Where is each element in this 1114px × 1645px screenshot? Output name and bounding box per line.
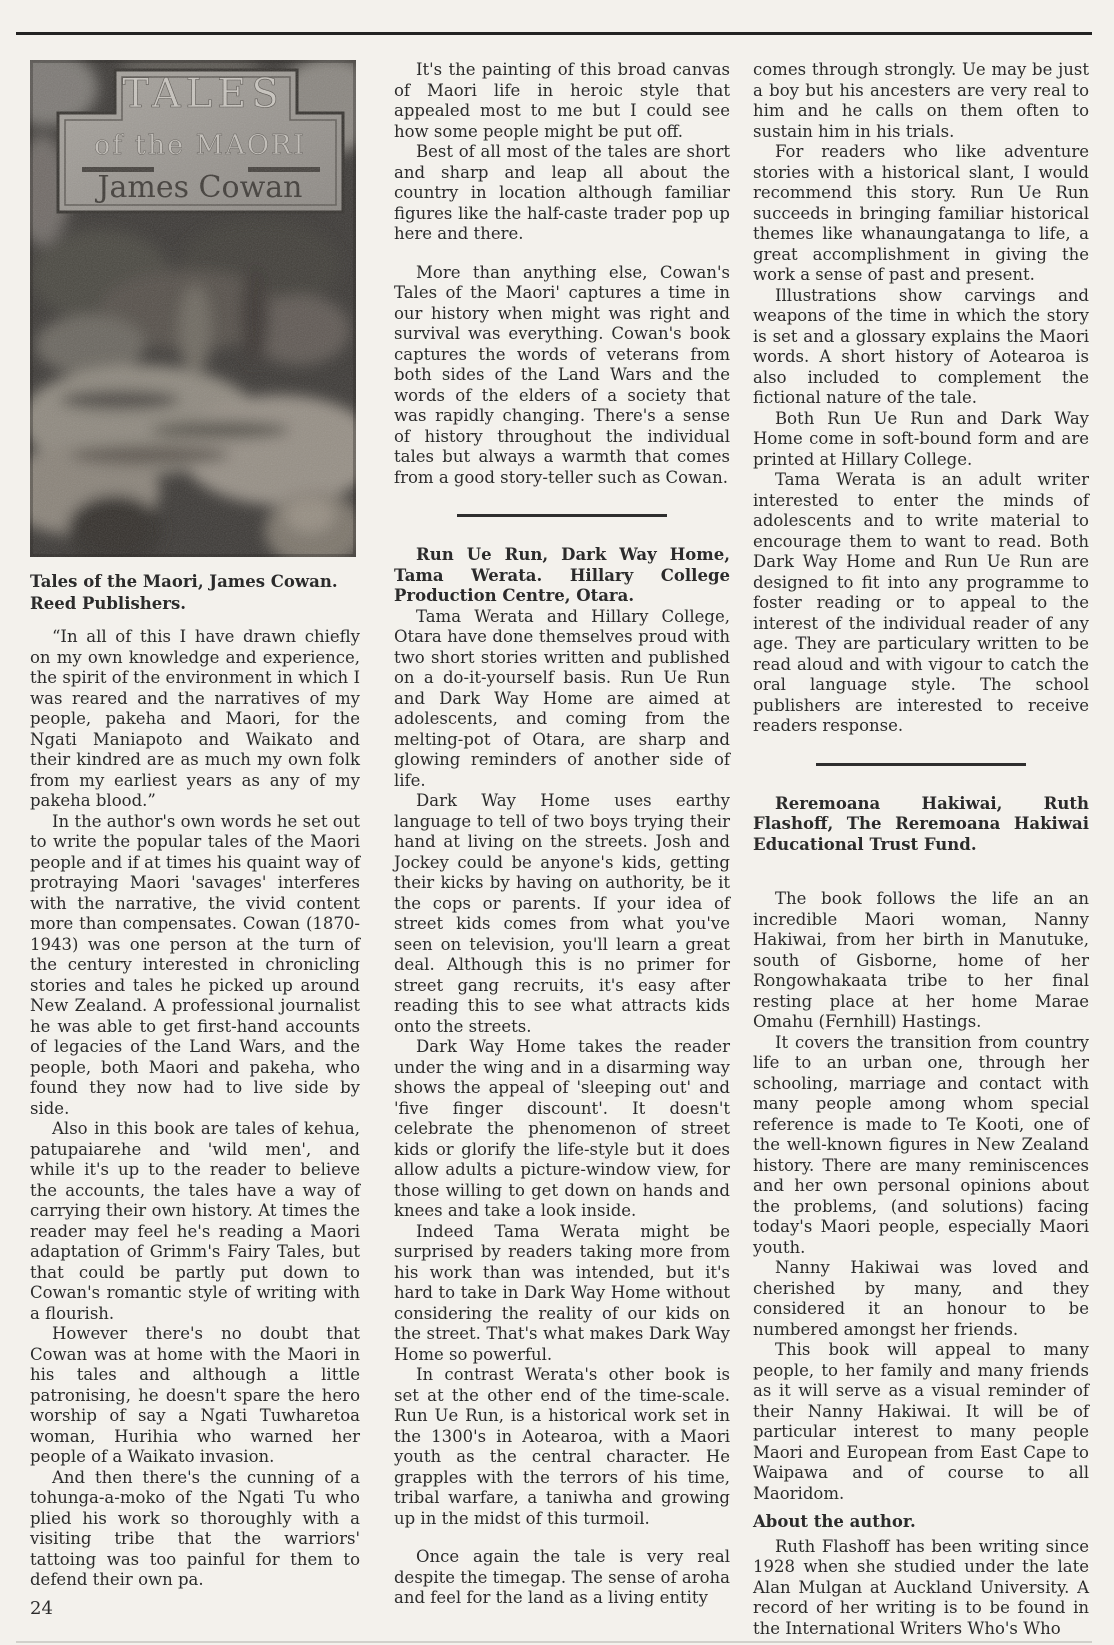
body-paragraph: “In all of this I have drawn chiefly on … [30, 627, 360, 812]
section-subheading: About the author. [753, 1512, 1089, 1533]
body-paragraph: Tama Werata is an adult writer intereste… [753, 470, 1089, 737]
body-paragraph: It's the painting of this broad canvas o… [394, 60, 730, 142]
bottom-rule [16, 1641, 1092, 1643]
body-paragraph: The book follows the life an an incredib… [753, 889, 1089, 1033]
body-paragraph: In the author's own words he set out to … [30, 812, 360, 1120]
section-heading: Reremoana Hakiwai, Ruth Flashoff, The Re… [753, 794, 1089, 856]
body-paragraph: And then there's the cunning of a tohung… [30, 1468, 360, 1591]
body-paragraph: For readers who like adventure stories w… [753, 142, 1089, 286]
body-paragraph: However there's no doubt that Cowan was … [30, 1324, 360, 1468]
body-paragraph: More than anything else, Cowan's Tales o… [394, 263, 730, 489]
body-paragraph: Both Run Ue Run and Dark Way Home come i… [753, 409, 1089, 471]
book-cover-photo: TALES of the MAORI James Cowan [30, 60, 356, 557]
column-middle: It's the painting of this broad canvas o… [394, 60, 730, 1609]
section-divider [816, 763, 1026, 766]
column-right: comes through strongly. Ue may be just a… [753, 60, 1089, 1639]
body-paragraph: Dark Way Home uses earthy language to te… [394, 791, 730, 1037]
body-paragraph: Best of all most of the tales are short … [394, 142, 730, 245]
column-left: TALES of the MAORI James Cowan Tales of … [30, 60, 360, 1591]
body-paragraph: Also in this book are tales of kehua, pa… [30, 1119, 360, 1324]
section-divider [457, 514, 667, 517]
body-paragraph: Once again the tale is very real despite… [394, 1547, 730, 1609]
book-caption: Tales of the Maori, James Cowan. Reed Pu… [30, 571, 360, 615]
body-paragraph: Nanny Hakiwai was loved and cherished by… [753, 1258, 1089, 1340]
body-paragraph: Illustrations show carvings and weapons … [753, 286, 1089, 409]
body-paragraph: Indeed Tama Werata might be surprised by… [394, 1222, 730, 1366]
body-paragraph: It covers the transition from country li… [753, 1033, 1089, 1259]
body-paragraph: In contrast Werata's other book is set a… [394, 1365, 730, 1529]
body-paragraph: comes through strongly. Ue may be just a… [753, 60, 1089, 142]
section-heading: Run Ue Run, Dark Way Home, Tama Werata. … [394, 545, 730, 607]
body-paragraph: Dark Way Home takes the reader under the… [394, 1037, 730, 1222]
body-paragraph: This book will appeal to many people, to… [753, 1340, 1089, 1504]
top-rule [16, 32, 1092, 35]
page-number: 24 [30, 1598, 53, 1619]
body-paragraph: Tama Werata and Hillary College, Otara h… [394, 607, 730, 792]
magazine-page: TALES of the MAORI James Cowan Tales of … [0, 0, 1114, 1645]
body-paragraph: Ruth Flashoff has been writing since 192… [753, 1537, 1089, 1640]
